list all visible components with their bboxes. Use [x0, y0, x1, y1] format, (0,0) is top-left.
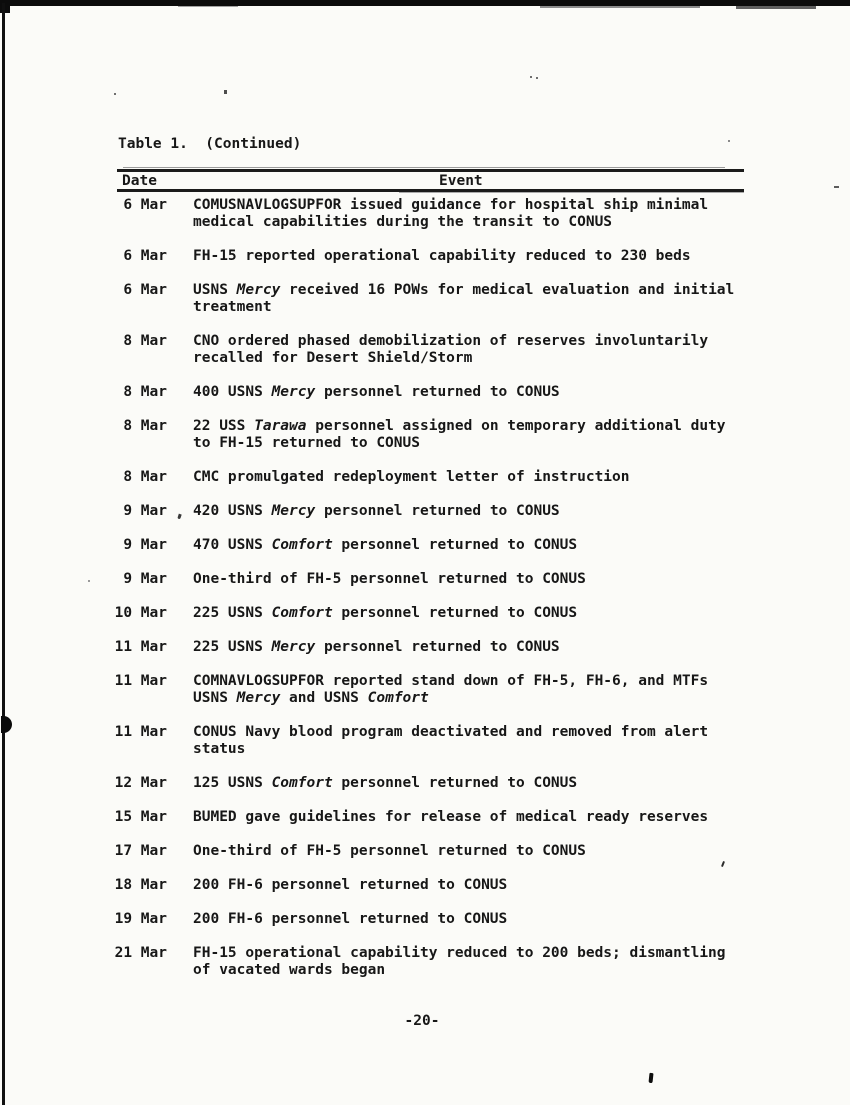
header-rule-fringe [399, 192, 744, 193]
event-text: BUMED gave guidelines for release of med… [193, 809, 708, 825]
event-line: 200 FH-6 personnel returned to CONUS [193, 911, 507, 928]
event-cell: CNO ordered phased demobilization of res… [193, 333, 708, 367]
event-text: 200 FH-6 personnel returned to CONUS [193, 911, 507, 927]
event-text: medical capabilities during the transit … [193, 214, 612, 230]
event-line: 470 USNS Comfort personnel returned to C… [193, 537, 577, 554]
event-cell: FH-15 reported operational capability re… [193, 248, 691, 265]
date-cell: 6 Mar [114, 248, 167, 265]
date-cell: 9 Mar [114, 503, 167, 520]
event-line: COMUSNAVLOGSUPFOR issued guidance for ho… [193, 197, 708, 214]
column-header-date: Date [122, 173, 157, 190]
event-cell: 470 USNS Comfort personnel returned to C… [193, 537, 577, 554]
table-row: 6 Mar USNS Mercy received 16 POWs for me… [114, 282, 754, 316]
event-text: 225 USNS [193, 605, 272, 621]
event-line: treatment [193, 299, 734, 316]
table-row: 8 Mar 22 USS Tarawa personnel assigned o… [114, 418, 754, 452]
date-cell: 12 Mar [114, 775, 167, 792]
event-text: personnel returned to CONUS [315, 503, 559, 519]
scan-edge-left [2, 3, 5, 1105]
table-row: 11 Mar 225 USNS Mercy personnel returned… [114, 639, 754, 656]
table-row: 10 Mar 225 USNS Comfort personnel return… [114, 605, 754, 622]
ship-name-italic: Mercy [272, 639, 316, 655]
event-text: status [193, 741, 245, 757]
date-cell: 8 Mar [114, 384, 167, 401]
event-cell: USNS Mercy received 16 POWs for medical … [193, 282, 734, 316]
table-row: 19 Mar 200 FH-6 personnel returned to CO… [114, 911, 754, 928]
ink-blob-artifact [1, 716, 12, 733]
event-line: 22 USS Tarawa personnel assigned on temp… [193, 418, 726, 435]
ship-name-italic: Comfort [272, 775, 333, 791]
table-row: 17 Mar One-third of FH-5 personnel retur… [114, 843, 754, 860]
event-text: personnel returned to CONUS [333, 537, 577, 553]
ship-name-italic: Mercy [272, 503, 316, 519]
document-page: Table 1. (Continued) Date Event 6 Mar CO… [0, 0, 850, 1105]
date-cell: 11 Mar [114, 724, 167, 758]
date-cell: 11 Mar [114, 639, 167, 656]
event-text: 22 USS [193, 418, 254, 434]
event-text: recalled for Desert Shield/Storm [193, 350, 472, 366]
event-text: CONUS Navy blood program deactivated and… [193, 724, 708, 740]
event-text: of vacated wards began [193, 962, 385, 978]
event-line: 225 USNS Comfort personnel returned to C… [193, 605, 577, 622]
event-line: 420 USNS Mercy personnel returned to CON… [193, 503, 560, 520]
event-text: 420 USNS [193, 503, 272, 519]
event-cell: COMUSNAVLOGSUPFOR issued guidance for ho… [193, 197, 708, 231]
event-line: CONUS Navy blood program deactivated and… [193, 724, 708, 741]
date-cell: 8 Mar [114, 469, 167, 486]
table-row: 8 Mar CNO ordered phased demobilization … [114, 333, 754, 367]
column-header-event: Event [439, 173, 483, 190]
table-row: 11 Mar COMNAVLOGSUPFOR reported stand do… [114, 673, 754, 707]
event-line: One-third of FH-5 personnel returned to … [193, 571, 586, 588]
event-line: CNO ordered phased demobilization of res… [193, 333, 708, 350]
date-cell: 18 Mar [114, 877, 167, 894]
ship-name-italic: Mercy [272, 384, 316, 400]
event-line: 400 USNS Mercy personnel returned to CON… [193, 384, 560, 401]
header-rule-ghost [123, 167, 725, 168]
table-title: Table 1. (Continued) [118, 136, 301, 153]
event-line: 225 USNS Mercy personnel returned to CON… [193, 639, 560, 656]
event-text: CNO ordered phased demobilization of res… [193, 333, 708, 349]
event-line: 125 USNS Comfort personnel returned to C… [193, 775, 577, 792]
table-row: 8 Mar CMC promulgated redeployment lette… [114, 469, 754, 486]
table-header: Date Event [117, 167, 744, 193]
date-cell: 9 Mar [114, 571, 167, 588]
event-line: USNS Mercy received 16 POWs for medical … [193, 282, 734, 299]
event-cell: BUMED gave guidelines for release of med… [193, 809, 708, 826]
event-cell: 225 USNS Comfort personnel returned to C… [193, 605, 577, 622]
event-text: COMUSNAVLOGSUPFOR issued guidance for ho… [193, 197, 708, 213]
event-text: personnel returned to CONUS [315, 639, 559, 655]
ship-name-italic: Comfort [272, 537, 333, 553]
event-text: and USNS [280, 690, 367, 706]
ship-name-italic: Mercy [237, 690, 281, 706]
event-text: personnel assigned on temporary addition… [307, 418, 726, 434]
event-cell: 200 FH-6 personnel returned to CONUS [193, 911, 507, 928]
event-line: USNS Mercy and USNS Comfort [193, 690, 708, 707]
table-row: 12 Mar 125 USNS Comfort personnel return… [114, 775, 754, 792]
ship-name-italic: Tarawa [254, 418, 306, 434]
date-cell: 10 Mar [114, 605, 167, 622]
event-text: One-third of FH-5 personnel returned to … [193, 843, 586, 859]
event-cell: COMNAVLOGSUPFOR reported stand down of F… [193, 673, 708, 707]
event-cell: One-third of FH-5 personnel returned to … [193, 571, 586, 588]
table-row: 6 Mar COMUSNAVLOGSUPFOR issued guidance … [114, 197, 754, 231]
event-text: 400 USNS [193, 384, 272, 400]
date-cell: 21 Mar [114, 945, 167, 979]
event-cell: 420 USNS Mercy personnel returned to CON… [193, 503, 560, 520]
event-text: 225 USNS [193, 639, 272, 655]
table-row: 21 Mar FH-15 operational capability redu… [114, 945, 754, 979]
event-cell: 400 USNS Mercy personnel returned to CON… [193, 384, 560, 401]
event-text: COMNAVLOGSUPFOR reported stand down of F… [193, 673, 708, 689]
event-text: treatment [193, 299, 272, 315]
event-text: personnel returned to CONUS [333, 605, 577, 621]
date-cell: 17 Mar [114, 843, 167, 860]
ship-name-italic: Comfort [368, 690, 429, 706]
ship-name-italic: Comfort [272, 605, 333, 621]
table-row: 18 Mar 200 FH-6 personnel returned to CO… [114, 877, 754, 894]
table-row: 9 Mar 420 USNS Mercy personnel returned … [114, 503, 754, 520]
date-cell: 15 Mar [114, 809, 167, 826]
event-line: BUMED gave guidelines for release of med… [193, 809, 708, 826]
table-row: 15 Mar BUMED gave guidelines for release… [114, 809, 754, 826]
table-row: 9 Mar One-third of FH-5 personnel return… [114, 571, 754, 588]
ship-name-italic: Mercy [237, 282, 281, 298]
event-line: COMNAVLOGSUPFOR reported stand down of F… [193, 673, 708, 690]
event-text: received 16 POWs for medical evaluation … [280, 282, 734, 298]
event-cell: 225 USNS Mercy personnel returned to CON… [193, 639, 560, 656]
event-line: FH-15 reported operational capability re… [193, 248, 691, 265]
event-text: 200 FH-6 personnel returned to CONUS [193, 877, 507, 893]
event-text: USNS [193, 282, 237, 298]
event-text: USNS [193, 690, 237, 706]
date-cell: 6 Mar [114, 197, 167, 231]
event-line: status [193, 741, 708, 758]
date-cell: 9 Mar [114, 537, 167, 554]
date-cell: 6 Mar [114, 282, 167, 316]
event-cell: FH-15 operational capability reduced to … [193, 945, 726, 979]
event-line: One-third of FH-5 personnel returned to … [193, 843, 586, 860]
event-text: FH-15 reported operational capability re… [193, 248, 691, 264]
date-cell: 19 Mar [114, 911, 167, 928]
event-line: to FH-15 returned to CONUS [193, 435, 726, 452]
event-text: personnel returned to CONUS [315, 384, 559, 400]
event-line: 200 FH-6 personnel returned to CONUS [193, 877, 507, 894]
event-line: recalled for Desert Shield/Storm [193, 350, 708, 367]
scan-speck [834, 186, 839, 188]
event-cell: 200 FH-6 personnel returned to CONUS [193, 877, 507, 894]
table-row: 6 Mar FH-15 reported operational capabil… [114, 248, 754, 265]
event-text: CMC promulgated redeployment letter of i… [193, 469, 630, 485]
table-row: 9 Mar 470 USNS Comfort personnel returne… [114, 537, 754, 554]
table-body: 6 Mar COMUSNAVLOGSUPFOR issued guidance … [114, 197, 754, 996]
event-text: 470 USNS [193, 537, 272, 553]
event-cell: CMC promulgated redeployment letter of i… [193, 469, 630, 486]
event-cell: 22 USS Tarawa personnel assigned on temp… [193, 418, 726, 452]
event-line: of vacated wards began [193, 962, 726, 979]
event-cell: CONUS Navy blood program deactivated and… [193, 724, 708, 758]
event-text: personnel returned to CONUS [333, 775, 577, 791]
event-text: to FH-15 returned to CONUS [193, 435, 420, 451]
event-cell: 125 USNS Comfort personnel returned to C… [193, 775, 577, 792]
event-text: One-third of FH-5 personnel returned to … [193, 571, 586, 587]
event-line: CMC promulgated redeployment letter of i… [193, 469, 630, 486]
event-line: FH-15 operational capability reduced to … [193, 945, 726, 962]
event-text: 125 USNS [193, 775, 272, 791]
event-text: FH-15 operational capability reduced to … [193, 945, 726, 961]
scan-speck [88, 580, 90, 582]
header-row: Date Event [117, 172, 744, 189]
event-cell: One-third of FH-5 personnel returned to … [193, 843, 586, 860]
table-row: 8 Mar 400 USNS Mercy personnel returned … [114, 384, 754, 401]
page-number: -20- [114, 1013, 730, 1030]
page-content: Table 1. (Continued) Date Event 6 Mar CO… [114, 0, 750, 1105]
date-cell: 8 Mar [114, 418, 167, 452]
event-line: medical capabilities during the transit … [193, 214, 708, 231]
date-cell: 8 Mar [114, 333, 167, 367]
table-row: 11 Mar CONUS Navy blood program deactiva… [114, 724, 754, 758]
date-cell: 11 Mar [114, 673, 167, 707]
